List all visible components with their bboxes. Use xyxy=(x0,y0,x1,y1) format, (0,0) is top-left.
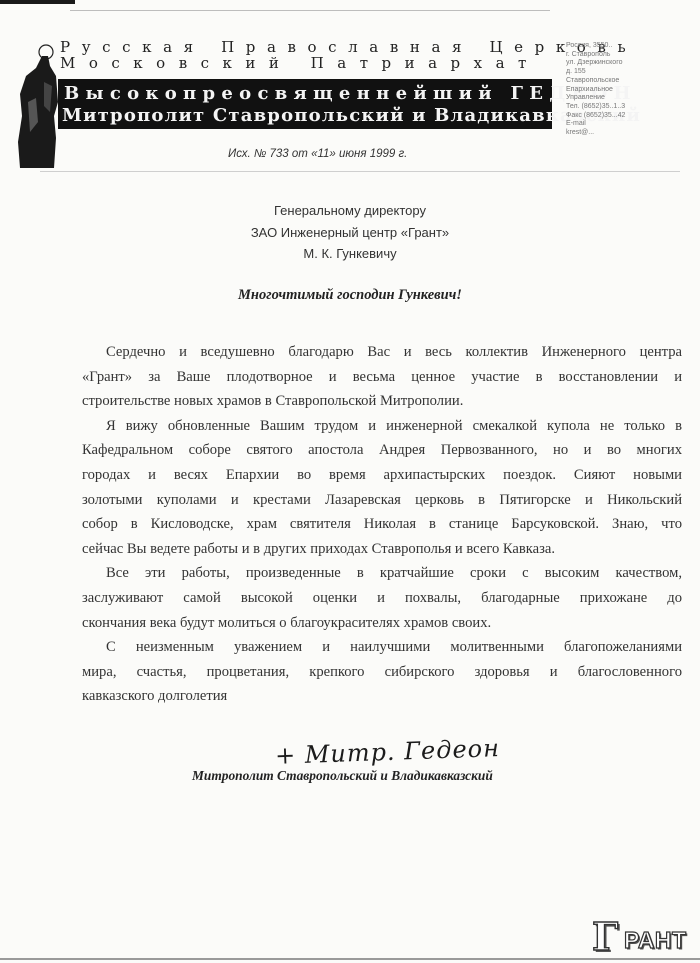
text-line: скончания века будут молиться о благоукр… xyxy=(82,611,682,636)
saint-icon xyxy=(16,42,60,168)
scan-artifact-line xyxy=(70,10,550,11)
contact-line: Управление xyxy=(566,94,686,103)
text-line: городах и весях Епархии во время архипас… xyxy=(82,463,682,488)
text-line: Все эти работы, произведенные в кратчайш… xyxy=(82,561,682,586)
addressee-block: Генеральному директору ЗАО Инженерный це… xyxy=(180,200,520,265)
signatory-title: Митрополит Ставропольский и Владикавказс… xyxy=(192,768,493,784)
handwritten-signature: + Митр. Гедеон xyxy=(275,734,501,770)
contact-block: Россия, 3550.. г. Ставрополь ул. Дзержин… xyxy=(566,42,686,138)
contact-email: krest@... xyxy=(566,129,686,138)
grant-logo: Г РАНТ xyxy=(592,916,692,952)
patriarchate-name: Московский Патриархат xyxy=(60,56,550,71)
outgoing-reference: Исх. № 733 от «11» июня 1999 г. xyxy=(228,148,407,160)
paragraph: Сердечно и вседушевно благодарю Вас и ве… xyxy=(82,340,682,414)
text-line: мира, счастья, процветания, крепкого сиб… xyxy=(82,660,682,685)
text-line: собор в Кисловодске, храм святителя Нико… xyxy=(82,512,682,537)
text-line: Сердечно и вседушевно благодарю Вас и ве… xyxy=(82,340,682,365)
contact-line: E-mail xyxy=(566,120,686,129)
text-line: Я вижу обновленные Вашим трудом и инжене… xyxy=(82,414,682,439)
paragraph: Все эти работы, произведенные в кратчайш… xyxy=(82,561,682,635)
contact-phone: Тел. (8652)35..1..3 xyxy=(566,103,686,112)
addressee-name: М. К. Гункевичу xyxy=(180,243,520,265)
text-line: строительстве новых храмов в Ставропольс… xyxy=(82,389,682,414)
addressee-company: ЗАО Инженерный центр «Грант» xyxy=(180,222,520,244)
paragraph: Я вижу обновленные Вашим трудом и инжене… xyxy=(82,414,682,562)
contact-line: Ставропольское xyxy=(566,77,686,86)
letter-body: Сердечно и вседушевно благодарю Вас и ве… xyxy=(82,340,682,709)
contact-line: Россия, 3550.. xyxy=(566,42,686,51)
contact-line: Епархиальное xyxy=(566,86,686,95)
text-line: «Грант» за Ваше плодотворное и весьма це… xyxy=(82,365,682,390)
title-line-1: Высокопреосвященнейший ГЕДЕОН xyxy=(64,83,637,104)
paragraph: С неизменным уважением и наилучшими моли… xyxy=(82,635,682,709)
addressee-position: Генеральному директору xyxy=(180,200,520,222)
salutation: Многочтимый господин Гункевич! xyxy=(180,287,520,304)
church-name: Русская Православная Церковь xyxy=(60,40,550,55)
contact-line: г. Ставрополь xyxy=(566,51,686,60)
scan-edge-mark xyxy=(0,0,75,4)
contact-line: ул. Дзержинского xyxy=(566,59,686,68)
logo-initial: Г xyxy=(592,914,618,959)
text-line: кавказского долголетия xyxy=(82,684,682,709)
text-line: С неизменным уважением и наилучшими моли… xyxy=(82,635,682,660)
contact-fax: Факс (8652)35...42 xyxy=(566,112,686,121)
text-line: Кафедральном соборе святого апостола Анд… xyxy=(82,438,682,463)
letterhead-divider xyxy=(40,171,680,172)
text-line: золотыми куполами и крестами Лазаревская… xyxy=(82,488,682,513)
contact-line: д. 155 xyxy=(566,68,686,77)
title-banner: Высокопреосвященнейший ГЕДЕОН Митрополит… xyxy=(58,79,552,129)
title-line-2: Митрополит Ставропольский и Владикавказс… xyxy=(62,105,641,126)
text-line: заслуживают самой высокой оценки и похва… xyxy=(82,586,682,611)
logo-text: РАНТ xyxy=(624,927,687,954)
text-line: сейчас Вы ведете работы и в других прихо… xyxy=(82,537,682,562)
